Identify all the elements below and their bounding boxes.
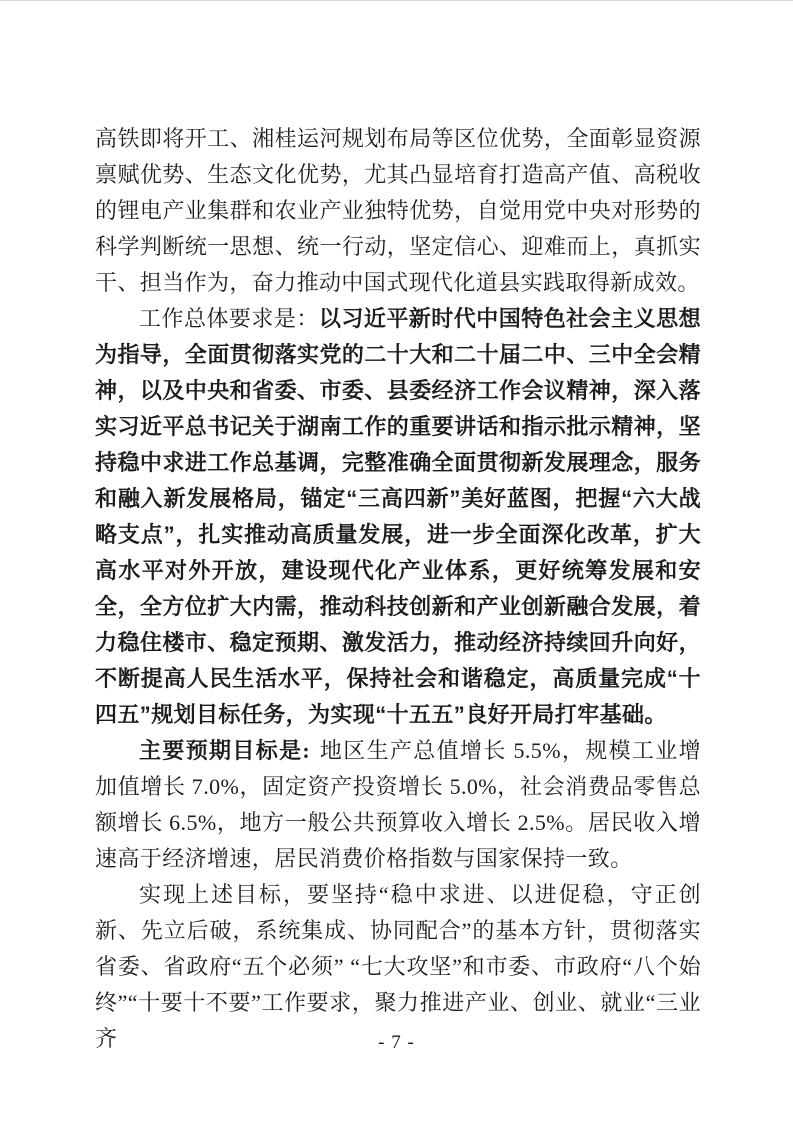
document-page: 高铁即将开工、湘桂运河规划布局等区位优势，全面彰显资源禀赋优势、生态文化优势，尤…	[0, 0, 793, 1122]
paragraph-achieve-targets-principles: 实现上述目标，要坚持“稳中求进、以进促稳，守正创新、先立后破，系统集成、协同配合…	[95, 877, 701, 1057]
page-number: - 7 -	[0, 1032, 793, 1054]
paragraph-overall-work-requirements: 工作总体要求是：以习近平新时代中国特色社会主义思想为指导，全面贯彻落实党的二十大…	[95, 301, 701, 733]
paragraph-label-main-targets: 主要预期目标是:	[139, 738, 310, 763]
document-body: 高铁即将开工、湘桂运河规划布局等区位优势，全面彰显资源禀赋优势、生态文化优势，尤…	[95, 121, 701, 1057]
paragraph-main-expected-targets: 主要预期目标是:地区生产总值增长 5.5%，规模工业增加值增长 7.0%，固定资…	[95, 733, 701, 877]
paragraph-regional-advantages: 高铁即将开工、湘桂运河规划布局等区位优势，全面彰显资源禀赋优势、生态文化优势，尤…	[95, 121, 701, 301]
paragraph-text-overall-requirements: 以习近平新时代中国特色社会主义思想为指导，全面贯彻落实党的二十大和二十届二中、三…	[95, 306, 701, 727]
paragraph-label-overall-requirements: 工作总体要求是：	[139, 306, 319, 331]
